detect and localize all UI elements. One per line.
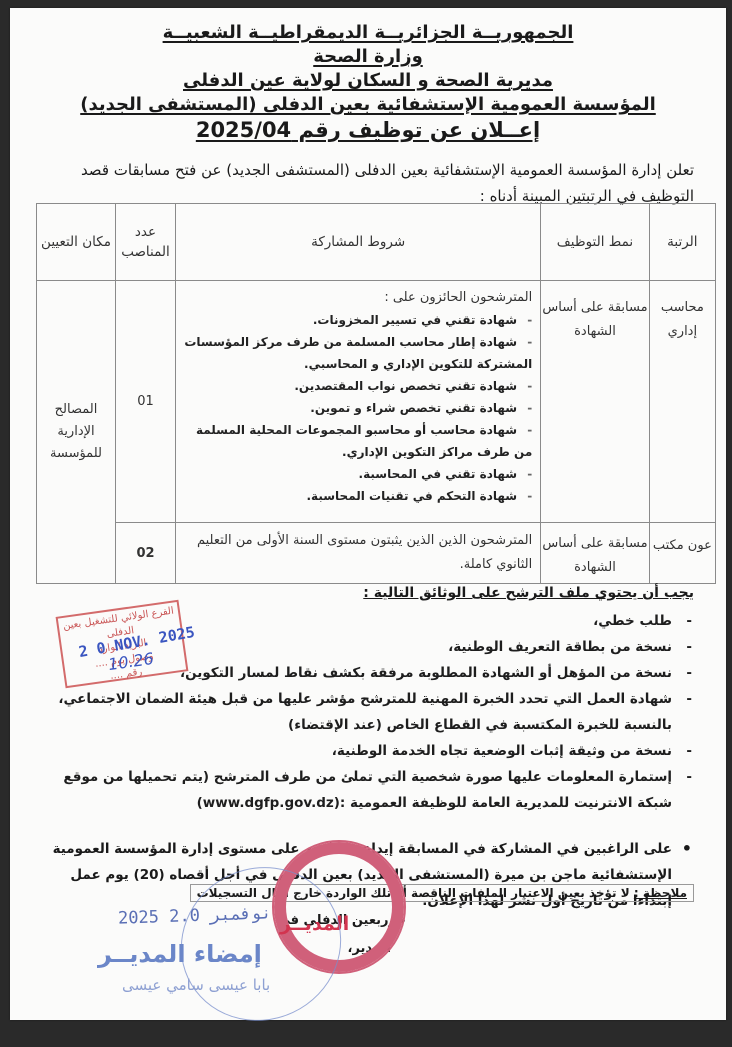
condition-item: شهادة تقني في تسيير المخزونات. <box>184 309 532 331</box>
ministry-header: وزارة الصحة <box>10 46 726 68</box>
signature-stamp-title: إمضاء المديــر <box>98 940 262 968</box>
directorate-header: مديرية الصحة و السكان لولاية عين الدفلى <box>10 70 726 92</box>
header-positions: عدد المناصب <box>115 204 175 281</box>
document-page: الجمهوريــة الجزائريــة الديمقراطيــة ال… <box>10 8 726 1020</box>
table-row: عون مكتب مسابقة على أساس الشهادة المترشح… <box>37 523 716 584</box>
place-cell: المصالح الإدارية للمؤسسة <box>37 281 116 584</box>
republic-header: الجمهوريــة الجزائريــة الديمقراطيــة ال… <box>10 22 726 44</box>
document-item: شهادة العمل التي تحدد الخبرة المهنية للم… <box>34 686 694 738</box>
positions-cell: 01 <box>115 281 175 523</box>
conditions-list: شهادة تقني في تسيير المخزونات. شهادة إطا… <box>184 309 532 507</box>
table-header-row: الرتبة نمط التوظيف شروط المشاركة عدد الم… <box>37 204 716 281</box>
condition-item: شهادة إطار محاسب المسلمة من طرف مركز الم… <box>184 331 532 375</box>
rank-cell: عون مكتب <box>651 524 714 558</box>
header-place: مكان التعيين <box>37 204 116 281</box>
header-rank: الرتبة <box>649 204 715 281</box>
mode-cell: مسابقة على أساس الشهادة <box>542 524 647 580</box>
conditions-cell: المترشحون الحائزون على : شهادة تقني في ت… <box>175 281 540 523</box>
conditions-intro: المترشحون الحائزون على : <box>184 287 532 309</box>
document-item: إستمارة المعلومات عليها صورة شخصية التي … <box>34 764 694 816</box>
table-row: محاسب إداري مسابقة على أساس الشهادة المت… <box>37 281 716 523</box>
header-conditions: شروط المشاركة <box>175 204 540 281</box>
condition-item: شهادة تقني تخصص شراء و تموين. <box>184 397 532 419</box>
condition-item: شهادة التحكم في تقنيات المحاسبة. <box>184 485 532 507</box>
document-item: نسخة من وثيقة إثبات الوضعية تجاه الخدمة … <box>34 738 694 764</box>
documents-title: يجب أن يحتوي ملف الترشح على الوثائق التا… <box>363 585 694 601</box>
condition-item: شهادة تقني في المحاسبة. <box>184 463 532 485</box>
positions-cell: 02 <box>115 523 175 584</box>
announcement-title: إعــلان عن توظيف رقم 2025/04 <box>10 119 726 141</box>
note-label: ملاحظة : <box>634 886 687 900</box>
mode-cell: مسابقة على أساس الشهادة <box>542 282 647 344</box>
conditions-cell: المترشحون الذين الذين يثبتون مستوى السنة… <box>175 523 540 584</box>
rank-cell: محاسب إداري <box>651 282 714 344</box>
institution-header: المؤسسة العمومية الإستشفائية بعين الدفلى… <box>10 94 726 116</box>
condition-item: شهادة تقني تخصص نواب المقتصدين. <box>184 375 532 397</box>
intro-line-1: تعلن إدارة المؤسسة العمومية الإستشفائية … <box>81 160 694 180</box>
header-mode: نمط التوظيف <box>541 204 649 281</box>
condition-item: شهادة محاسب أو محاسبو المجموعات المحلية … <box>184 419 532 463</box>
signature-stamp-name: بابا عيسى سامي عيسى <box>122 976 270 994</box>
positions-table: الرتبة نمط التوظيف شروط المشاركة عدد الم… <box>36 203 716 584</box>
